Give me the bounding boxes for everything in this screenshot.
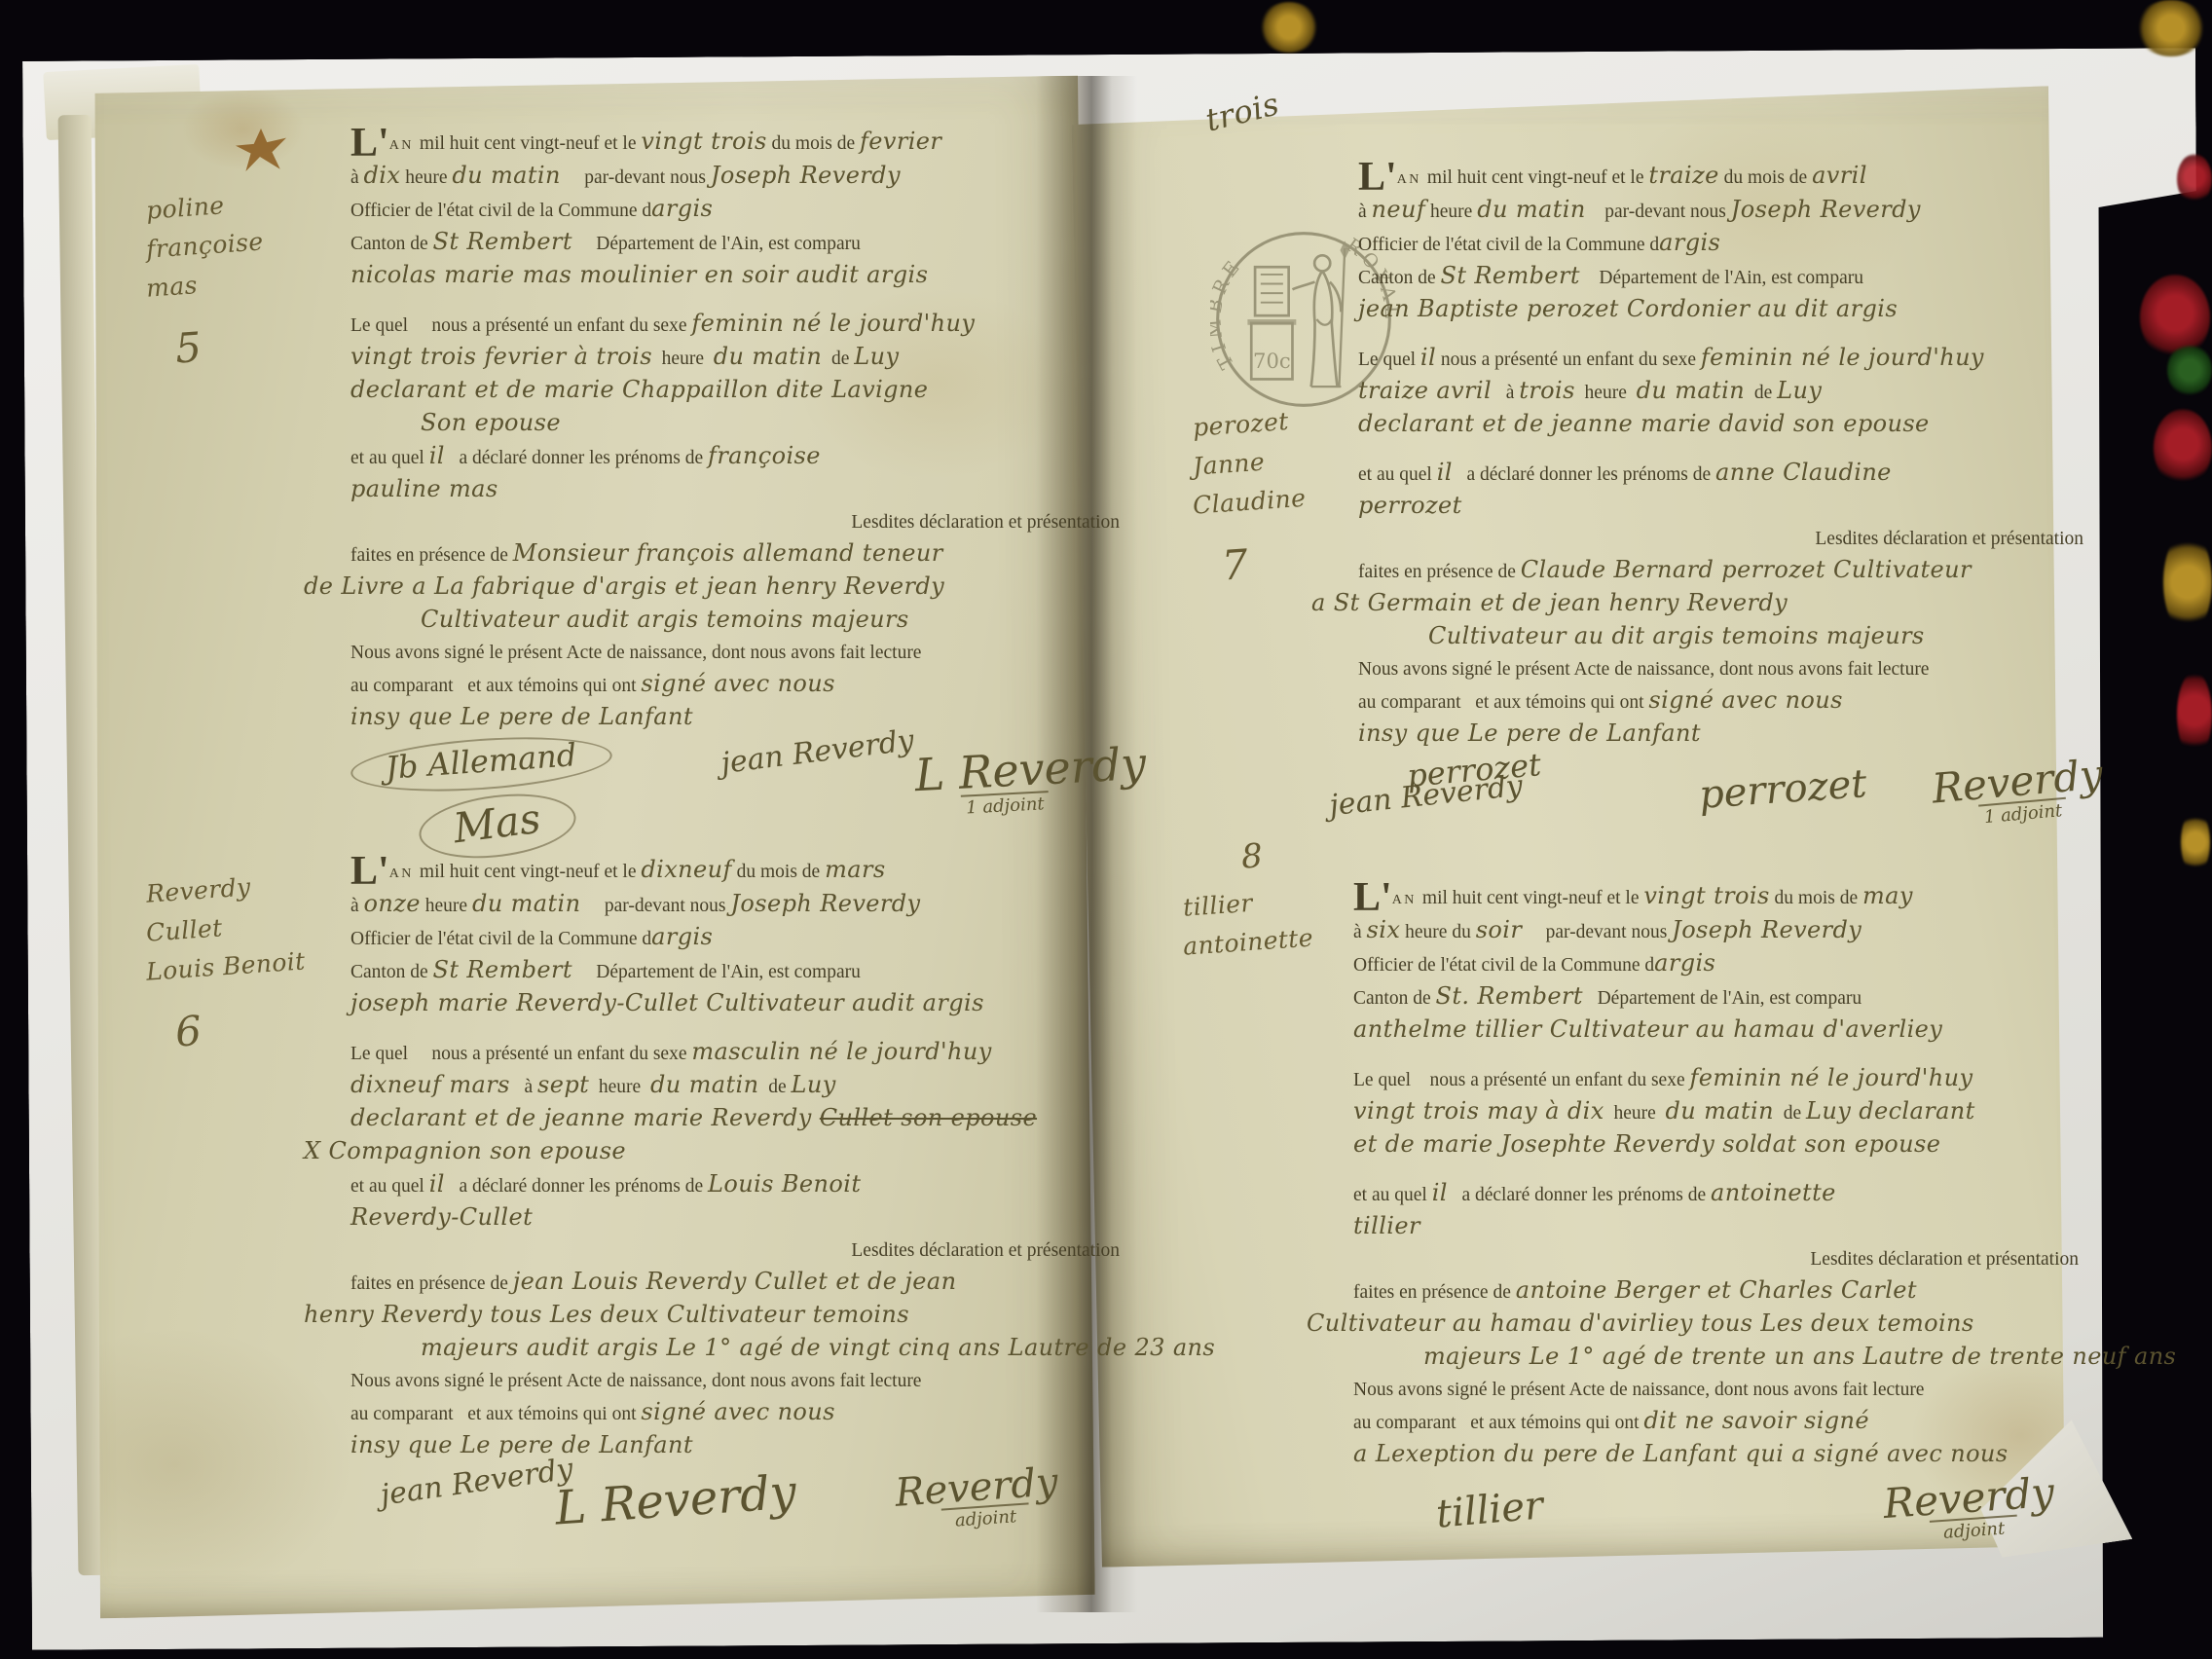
record-line: Son epouse bbox=[350, 408, 1120, 441]
printed-form-text: mil huit cent vingt-neuf et le bbox=[420, 862, 641, 882]
handwritten-text: Luy bbox=[792, 1071, 836, 1098]
printed-form-text: du mois de bbox=[1719, 167, 1812, 188]
printed-form-text: par-devant nous bbox=[561, 167, 711, 188]
handwritten-text: insy que Le pere de Lanfant bbox=[1358, 719, 1701, 747]
record-line: joseph marie Reverdy-Cullet Cultivateur … bbox=[350, 988, 1120, 1021]
printed-form-text: au comparant et aux témoins qui ont bbox=[1353, 1413, 1643, 1433]
handwritten-text: jean Baptiste perozet Cordonier au dit a… bbox=[1358, 295, 1898, 322]
handwritten-text: il bbox=[429, 1170, 445, 1198]
handwritten-text: tillier bbox=[1353, 1212, 1420, 1239]
printed-form-text: du mois de bbox=[767, 133, 860, 154]
printed-form-text: Le quel nous a présenté un enfant du sex… bbox=[350, 1044, 691, 1064]
record-line: au comparant et aux témoins qui ont dit … bbox=[1353, 1406, 2079, 1439]
handwritten-text: argis bbox=[651, 195, 713, 222]
handwritten-text: a St Germain et de jean henry Reverdy bbox=[1311, 589, 1788, 616]
handwritten-text: Luy bbox=[1777, 377, 1822, 404]
handwritten-text: il bbox=[1432, 1179, 1448, 1206]
archival-photo: trois TIMBRE ROYAL 70c polinefrançoisema… bbox=[0, 0, 2212, 1659]
printed-form-text: et au quel bbox=[350, 448, 429, 468]
handwritten-text: de Livre a La fabrique d'argis et jean h… bbox=[304, 572, 944, 600]
record-line: vingt trois may à dix heure du matin de … bbox=[1353, 1096, 2079, 1129]
handwritten-text: X Compagnion son epouse bbox=[304, 1137, 626, 1164]
record-line: faites en présence de antoine Berger et … bbox=[1353, 1275, 2079, 1309]
record-line: majeurs audit argis Le 1° agé de vingt c… bbox=[350, 1333, 1120, 1366]
printed-form-text: a déclaré donner les prénoms de bbox=[1453, 464, 1715, 485]
printed-form-text: Officier de l'état civil de la Commune d bbox=[1358, 235, 1659, 255]
printed-form-text: à bbox=[350, 896, 364, 916]
printed-form-text: par-devant nous bbox=[1522, 922, 1672, 942]
handwritten-text: feminin né le jourd'huy bbox=[1701, 344, 1984, 371]
record-line: majeurs Le 1° agé de trente un ans Lautr… bbox=[1353, 1342, 2079, 1375]
printed-form-text: Lesdites déclaration et présentation bbox=[851, 512, 1120, 533]
record-line: insy que Le pere de Lanfant bbox=[350, 1430, 1120, 1463]
record-line: Cultivateur audit argis temoins majeurs bbox=[350, 605, 1120, 638]
record-line: L'an mil huit cent vingt-neuf et le ving… bbox=[350, 127, 1120, 161]
signature: Reverdyadjoint bbox=[1882, 1468, 2057, 1547]
handwritten-text: feminin né le jourd'huy bbox=[691, 310, 975, 337]
printed-form-text: heure bbox=[400, 167, 452, 188]
printed-form-text: Officier de l'état civil de la Commune d bbox=[350, 929, 651, 949]
margin-annotations: polinefrançoisemas5 bbox=[146, 185, 336, 372]
handwritten-text: St Rembert bbox=[1440, 262, 1579, 289]
record-line: Le quel il nous a présenté un enfant du … bbox=[1358, 343, 2083, 376]
signature-name: L Reverdy bbox=[913, 737, 1147, 801]
printed-form-text: Officier de l'état civil de la Commune d bbox=[350, 201, 651, 221]
handwritten-text: du matin bbox=[650, 1071, 759, 1098]
record-line: declarant et de jeanne marie Reverdy Cul… bbox=[350, 1103, 1120, 1136]
printed-form-text: de bbox=[758, 1077, 791, 1097]
handwritten-text: mars bbox=[825, 856, 885, 883]
printed-form-text: Nous avons signé le présent Acte de nais… bbox=[350, 1371, 921, 1391]
printed-form-text: a déclaré donner les prénoms de bbox=[445, 1176, 708, 1197]
printed-form-text: mil huit cent vingt-neuf et le bbox=[1427, 167, 1648, 188]
signature: L Reverdy1 adjoint bbox=[913, 737, 1148, 821]
record-line: Nous avons signé le présent Acte de nais… bbox=[1353, 1375, 2079, 1406]
signature: perrozet bbox=[1698, 761, 1868, 818]
handwritten-text: Reverdy-Cullet bbox=[350, 1203, 533, 1231]
printed-form-text: an bbox=[1392, 893, 1422, 907]
printed-form-text: de bbox=[1745, 383, 1777, 403]
printed-form-text: Département de l'Ain, est comparu bbox=[572, 234, 861, 254]
record-line: insy que Le pere de Lanfant bbox=[1358, 719, 2083, 752]
handwritten-text: avril bbox=[1812, 162, 1867, 189]
handwritten-text: neuf bbox=[1372, 196, 1426, 223]
printed-form-text: an bbox=[389, 138, 420, 153]
printed-form-text: nous a présenté un enfant du sexe bbox=[1436, 350, 1701, 370]
signature: Reverdyadjoint bbox=[894, 1459, 1061, 1535]
printed-form-text: heure bbox=[589, 1077, 650, 1097]
signature-name: Jb Allemand bbox=[385, 736, 578, 787]
handwritten-text: majeurs audit argis Le 1° agé de vingt c… bbox=[421, 1334, 1215, 1361]
handwritten-text: onze bbox=[364, 890, 421, 917]
record-text: L'an mil huit cent vingt-neuf et le trai… bbox=[1358, 161, 2083, 752]
record-line: Officier de l'état civil de la Commune d… bbox=[350, 194, 1120, 227]
handwritten-text: argis bbox=[1654, 949, 1715, 977]
margin-annotations: perozetJanneClaudine7 bbox=[1193, 402, 1382, 589]
printed-form-text: Officier de l'état civil de la Commune d bbox=[1353, 955, 1654, 976]
record-line: pauline mas bbox=[350, 474, 1120, 507]
record-line: et au quel il a déclaré donner les préno… bbox=[350, 1169, 1120, 1202]
handwritten-text: Cultivateur audit argis temoins majeurs bbox=[421, 606, 909, 633]
record-line: faites en présence de Claude Bernard per… bbox=[1358, 555, 2083, 588]
printed-form-text: Lesdites déclaration et présentation bbox=[1815, 529, 2083, 549]
handwritten-text: masculin né le jourd'huy bbox=[691, 1038, 991, 1065]
handwritten-text: Luy bbox=[854, 343, 899, 370]
handwritten-text: françoise bbox=[708, 442, 821, 469]
printed-form-text: Le quel bbox=[1358, 350, 1420, 370]
handwritten-text: du matin bbox=[1637, 377, 1746, 404]
signature: Reverdy1 adjoint bbox=[1930, 750, 2106, 831]
handwritten-text: vingt trois may à dix bbox=[1353, 1097, 1604, 1124]
record-line: Lesdites déclaration et présentation bbox=[350, 507, 1120, 538]
printed-form-text: an bbox=[389, 866, 420, 881]
margin-annotations: 8tillierantoinette bbox=[1183, 828, 1373, 960]
handwritten-text: declarant et de jeanne marie Reverdy bbox=[350, 1104, 820, 1131]
record-line: à neuf heure du matin par-devant nous Jo… bbox=[1358, 195, 2083, 228]
record-line: Reverdy-Cullet bbox=[350, 1202, 1120, 1235]
handwritten-text: vingt trois bbox=[641, 128, 766, 155]
handwritten-text: dixneuf mars bbox=[350, 1071, 510, 1098]
record-line: Lesdites déclaration et présentation bbox=[1358, 524, 2083, 555]
record-line: a Lexeption du pere de Lanfant qui a sig… bbox=[1353, 1439, 2079, 1472]
record-line: Nous avons signé le présent Acte de nais… bbox=[1358, 654, 2083, 685]
record-line: L'an mil huit cent vingt-neuf et le dixn… bbox=[350, 855, 1120, 889]
signature-name: perrozet bbox=[1698, 761, 1868, 818]
handwritten-text: St Rembert bbox=[432, 956, 571, 983]
record-line: Nous avons signé le présent Acte de nais… bbox=[350, 1366, 1120, 1397]
handwritten-text: il bbox=[1420, 344, 1436, 371]
printed-form-text: du mois de bbox=[732, 862, 825, 882]
embroidered-leaf-icon bbox=[2181, 810, 2210, 874]
record-text: L'an mil huit cent vingt-neuf et le dixn… bbox=[350, 855, 1120, 1463]
signature-block: tillierReverdyadjoint bbox=[1319, 1472, 2083, 1628]
birth-record-act-6: ReverdyCulletLouis Benoit6 L'an mil huit… bbox=[146, 855, 1120, 1619]
signature: Jb Allemand bbox=[350, 730, 613, 799]
record-line: Lesdites déclaration et présentation bbox=[1353, 1244, 2079, 1275]
printed-form-text: an bbox=[1397, 172, 1427, 187]
handwritten-text: Cullet son epouse bbox=[820, 1104, 1037, 1131]
printed-form-text: mil huit cent vingt-neuf et le bbox=[1422, 888, 1643, 908]
record-line: nicolas marie mas moulinier en soir audi… bbox=[350, 260, 1120, 293]
record-line: au comparant et aux témoins qui ont sign… bbox=[350, 1397, 1120, 1430]
handwritten-text: signé avec nous bbox=[641, 1398, 834, 1425]
record-line: faites en présence de Monsieur françois … bbox=[350, 538, 1120, 571]
record-line: Le quel nous a présenté un enfant du sex… bbox=[1353, 1063, 2079, 1096]
handwritten-text: Joseph Reverdy bbox=[730, 890, 920, 917]
signature-name: Reverdy bbox=[1882, 1468, 2056, 1528]
printed-form-text: Nous avons signé le présent Acte de nais… bbox=[350, 643, 921, 663]
printed-form-text: et au quel bbox=[1353, 1185, 1432, 1205]
record-line: X Compagnion son epouse bbox=[304, 1136, 1120, 1169]
record-line: Canton de St Rembert Département de l'Ai… bbox=[1358, 261, 2083, 294]
printed-form-text: heure bbox=[421, 896, 472, 916]
handwritten-text: jean Louis Reverdy Cullet et de jean bbox=[513, 1268, 957, 1295]
record-line: traize avril à trois heure du matin de L… bbox=[1358, 376, 2083, 409]
signature-name: Mas bbox=[451, 794, 543, 853]
signature: tillier bbox=[1434, 1483, 1545, 1536]
record-line: a St Germain et de jean henry Reverdy bbox=[1311, 588, 2083, 621]
record-line: de Livre a La fabrique d'argis et jean h… bbox=[304, 571, 1120, 605]
embroidered-flower-icon bbox=[2134, 0, 2208, 56]
signature-name: L Reverdy bbox=[553, 1464, 797, 1535]
handwritten-text: antoine Berger et Charles Carlet bbox=[1516, 1276, 1917, 1304]
handwritten-text: St. Rembert bbox=[1435, 982, 1582, 1010]
printed-form-text: Canton de bbox=[1353, 988, 1435, 1009]
record-line: Canton de St Rembert Département de l'Ai… bbox=[350, 955, 1120, 988]
handwritten-text: may bbox=[1862, 882, 1913, 909]
handwritten-text: traize bbox=[1648, 162, 1718, 189]
handwritten-text: vingt trois fevrier à trois bbox=[350, 343, 652, 370]
handwritten-text: argis bbox=[1659, 229, 1720, 256]
printed-form-text: Nous avons signé le présent Acte de nais… bbox=[1358, 659, 1929, 680]
embroidered-flower-icon bbox=[1258, 2, 1320, 53]
printed-form-text: au comparant et aux témoins qui ont bbox=[350, 1404, 641, 1424]
record-line: Officier de l'état civil de la Commune d… bbox=[1353, 948, 2079, 981]
signature-name: tillier bbox=[1434, 1483, 1545, 1536]
record-line: dixneuf mars à sept heure du matin de Lu… bbox=[350, 1070, 1120, 1103]
printed-form-text: a déclaré donner les prénoms de bbox=[1448, 1185, 1711, 1205]
printed-form-text: Nous avons signé le présent Acte de nais… bbox=[1353, 1380, 1924, 1400]
handwritten-text: Joseph Reverdy bbox=[1672, 916, 1862, 943]
printed-form-text: Département de l'Ain, est comparu bbox=[1580, 268, 1863, 288]
handwritten-text: vingt trois bbox=[1643, 882, 1769, 909]
handwritten-text: anthelme tillier Cultivateur au hamau d'… bbox=[1353, 1015, 1942, 1043]
printed-form-text: au comparant et aux témoins qui ont bbox=[1358, 692, 1648, 713]
handwritten-text: insy que Le pere de Lanfant bbox=[350, 703, 693, 730]
printed-form-text: et au quel bbox=[350, 1176, 429, 1197]
printed-form-text: Canton de bbox=[350, 962, 432, 982]
handwritten-text: antoinette bbox=[1711, 1179, 1836, 1206]
printed-form-text: Lesdites déclaration et présentation bbox=[851, 1240, 1120, 1261]
record-line: à dix heure du matin par-devant nous Jos… bbox=[350, 161, 1120, 194]
printed-form-text: Canton de bbox=[350, 234, 432, 254]
printed-form-text: heure bbox=[1604, 1103, 1666, 1124]
embroidered-flower-icon bbox=[2163, 531, 2212, 634]
printed-form-text: Département de l'Ain, est comparu bbox=[572, 962, 861, 982]
printed-form-text: heure bbox=[1575, 383, 1637, 403]
handwritten-text: majeurs Le 1° agé de trente un ans Lautr… bbox=[1423, 1343, 2176, 1370]
record-line: perrozet bbox=[1358, 491, 2083, 524]
record-line: à six heure du soir par-devant nous Jose… bbox=[1353, 915, 2079, 948]
birth-record-act-7: perozetJanneClaudine7 L'an mil huit cent… bbox=[1193, 161, 2083, 907]
handwritten-text: feminin né le jourd'huy bbox=[1689, 1064, 1972, 1091]
handwritten-text: a Lexeption du pere de Lanfant qui a sig… bbox=[1353, 1440, 2009, 1467]
handwritten-text: il bbox=[1437, 459, 1453, 486]
handwritten-text: argis bbox=[651, 923, 713, 950]
record-text: L'an mil huit cent vingt-neuf et le ving… bbox=[350, 127, 1120, 735]
record-line: Nous avons signé le présent Acte de nais… bbox=[350, 638, 1120, 669]
handwritten-text: du matin bbox=[1477, 196, 1586, 223]
handwritten-text: Joseph Reverdy bbox=[711, 162, 901, 189]
record-line: au comparant et aux témoins qui ont sign… bbox=[350, 669, 1120, 702]
record-line: faites en présence de jean Louis Reverdy… bbox=[350, 1267, 1120, 1300]
record-line: Officier de l'état civil de la Commune d… bbox=[350, 922, 1120, 955]
margin-annotations: ReverdyCulletLouis Benoit6 bbox=[146, 868, 336, 1055]
handwritten-text: il bbox=[429, 442, 445, 469]
signature-name: Reverdy bbox=[894, 1459, 1059, 1516]
record-line: et au quel il a déclaré donner les préno… bbox=[1358, 458, 2083, 491]
handwritten-text: du matin bbox=[714, 343, 823, 370]
handwritten-text: dix bbox=[364, 162, 401, 189]
handwritten-text: pauline mas bbox=[350, 475, 498, 502]
printed-form-text: par-devant nous bbox=[1586, 202, 1731, 222]
printed-form-text: L' bbox=[350, 121, 389, 166]
record-line: et de marie Josephte Reverdy soldat son … bbox=[1353, 1129, 2079, 1162]
printed-form-text: de bbox=[1774, 1103, 1806, 1124]
record-line: insy que Le pere de Lanfant bbox=[350, 702, 1120, 735]
printed-form-text: de bbox=[822, 349, 854, 369]
record-text: L'an mil huit cent vingt-neuf et le ving… bbox=[1353, 881, 2079, 1472]
printed-form-text: Le quel nous a présenté un enfant du sex… bbox=[350, 315, 691, 336]
printed-form-text: Lesdites déclaration et présentation bbox=[1810, 1249, 2079, 1270]
record-line: henry Reverdy tous Les deux Cultivateur … bbox=[304, 1300, 1120, 1333]
printed-form-text: faites en présence de bbox=[350, 1273, 513, 1294]
handwritten-text: fevrier bbox=[860, 128, 941, 155]
record-line: declarant et de jeanne marie david son e… bbox=[1358, 409, 2083, 442]
handwritten-text: du matin bbox=[1666, 1097, 1775, 1124]
record-line: declarant et de marie Chappaillon dite L… bbox=[350, 375, 1120, 408]
record-line: au comparant et aux témoins qui ont sign… bbox=[1358, 685, 2083, 719]
embroidered-flower-icon bbox=[2177, 154, 2212, 204]
embroidered-flower-icon bbox=[2177, 672, 2212, 757]
printed-form-text: par-devant nous bbox=[580, 896, 730, 916]
act-number: 6 bbox=[144, 994, 337, 1061]
printed-form-text: heure du bbox=[1400, 922, 1475, 942]
record-line: Le quel nous a présenté un enfant du sex… bbox=[350, 309, 1120, 342]
printed-form-text: heure bbox=[652, 349, 714, 369]
handwritten-text: anne Claudine bbox=[1715, 459, 1892, 486]
printed-form-text: mil huit cent vingt-neuf et le bbox=[420, 133, 641, 154]
printed-form-text: L' bbox=[1358, 155, 1397, 200]
embroidered-flower-icon bbox=[2154, 409, 2212, 487]
handwritten-text: dixneuf bbox=[641, 856, 731, 883]
handwritten-text: joseph marie Reverdy-Cullet Cultivateur … bbox=[350, 989, 984, 1016]
handwritten-text: sept bbox=[537, 1071, 589, 1098]
printed-form-text: Le quel nous a présenté un enfant du sex… bbox=[1353, 1070, 1689, 1090]
handwritten-text: et de marie Josephte Reverdy soldat son … bbox=[1353, 1130, 1940, 1158]
record-line: Canton de St Rembert Département de l'Ai… bbox=[350, 227, 1120, 260]
printed-form-text: à bbox=[350, 167, 364, 188]
printed-form-text: à bbox=[510, 1077, 537, 1097]
birth-record-act-5: polinefrançoisemas5 L'an mil huit cent v… bbox=[146, 127, 1120, 891]
handwritten-text: Joseph Reverdy bbox=[1731, 196, 1921, 223]
act-number: 7 bbox=[1191, 528, 1383, 595]
record-line: Cultivateur au hamau d'avirliey tous Les… bbox=[1307, 1309, 2079, 1342]
handwritten-text: Luy declarant bbox=[1806, 1097, 1975, 1124]
birth-record-act-8: 8tillierantoinette L'an mil huit cent vi… bbox=[1183, 828, 2083, 1628]
record-line: Officier de l'état civil de la Commune d… bbox=[1358, 228, 2083, 261]
record-line: L'an mil huit cent vingt-neuf et le ving… bbox=[1353, 881, 2079, 915]
handwritten-text: declarant et de marie Chappaillon dite L… bbox=[350, 376, 928, 403]
signature: L Reverdy bbox=[553, 1464, 797, 1535]
handwritten-text: declarant et de jeanne marie david son e… bbox=[1358, 410, 1930, 437]
handwritten-text: Cultivateur au hamau d'avirliey tous Les… bbox=[1307, 1309, 1974, 1337]
handwritten-text: soir bbox=[1476, 916, 1523, 943]
signature-block: jean ReverdyL ReverdyReverdyadjoint bbox=[312, 1463, 1120, 1619]
handwritten-text: Claude Bernard perrozet Cultivateur bbox=[1521, 556, 1972, 583]
record-line: Canton de St. Rembert Département de l'A… bbox=[1353, 981, 2079, 1014]
handwritten-text: du matin bbox=[452, 162, 561, 189]
record-line: Le quel nous a présenté un enfant du sex… bbox=[350, 1037, 1120, 1070]
record-line: jean Baptiste perozet Cordonier au dit a… bbox=[1358, 294, 2083, 327]
record-line: et au quel il a déclaré donner les préno… bbox=[1353, 1178, 2079, 1211]
act-number: 5 bbox=[144, 311, 337, 378]
handwritten-text: henry Reverdy tous Les deux Cultivateur … bbox=[304, 1301, 909, 1328]
printed-form-text: du mois de bbox=[1770, 888, 1862, 908]
printed-form-text: faites en présence de bbox=[350, 545, 513, 566]
signature-name: Reverdy bbox=[1930, 750, 2104, 812]
record-line: vingt trois fevrier à trois heure du mat… bbox=[350, 342, 1120, 375]
printed-form-text: faites en présence de bbox=[1353, 1282, 1516, 1303]
handwritten-text: Louis Benoit bbox=[708, 1170, 861, 1198]
handwritten-text: St Rembert bbox=[432, 228, 571, 255]
handwritten-text: Son epouse bbox=[421, 409, 561, 436]
handwritten-text: signé avec nous bbox=[641, 670, 834, 697]
record-line: Cultivateur au dit argis temoins majeurs bbox=[1358, 621, 2083, 654]
record-line: à onze heure du matin par-devant nous Jo… bbox=[350, 889, 1120, 922]
printed-form-text: Canton de bbox=[1358, 268, 1440, 288]
record-line: Lesdites déclaration et présentation bbox=[350, 1235, 1120, 1267]
printed-form-text: heure bbox=[1425, 202, 1477, 222]
embroidered-leaf-icon bbox=[2167, 343, 2212, 397]
handwritten-text: nicolas marie mas moulinier en soir audi… bbox=[350, 261, 928, 288]
printed-form-text: au comparant et aux témoins qui ont bbox=[350, 676, 641, 696]
handwritten-text: trois bbox=[1519, 377, 1575, 404]
record-line: et au quel il a déclaré donner les préno… bbox=[350, 441, 1120, 474]
printed-form-text: a déclaré donner les prénoms de bbox=[445, 448, 708, 468]
printed-form-text: Département de l'Ain, est comparu bbox=[1583, 988, 1862, 1009]
handwritten-text: Monsieur françois allemand teneur bbox=[513, 539, 943, 567]
handwritten-text: insy que Le pere de Lanfant bbox=[350, 1431, 693, 1458]
record-line: tillier bbox=[1353, 1211, 2079, 1244]
handwritten-text: Cultivateur au dit argis temoins majeurs bbox=[1428, 622, 1925, 649]
handwritten-text: signé avec nous bbox=[1648, 686, 1842, 714]
handwritten-text: du matin bbox=[472, 890, 581, 917]
handwritten-text: dit ne savoir signé bbox=[1643, 1407, 1869, 1434]
printed-form-text: à bbox=[1492, 383, 1519, 403]
record-line: anthelme tillier Cultivateur au hamau d'… bbox=[1353, 1014, 2079, 1048]
record-line: L'an mil huit cent vingt-neuf et le trai… bbox=[1358, 161, 2083, 195]
printed-form-text: L' bbox=[350, 849, 389, 894]
printed-form-text: à bbox=[1358, 202, 1372, 222]
